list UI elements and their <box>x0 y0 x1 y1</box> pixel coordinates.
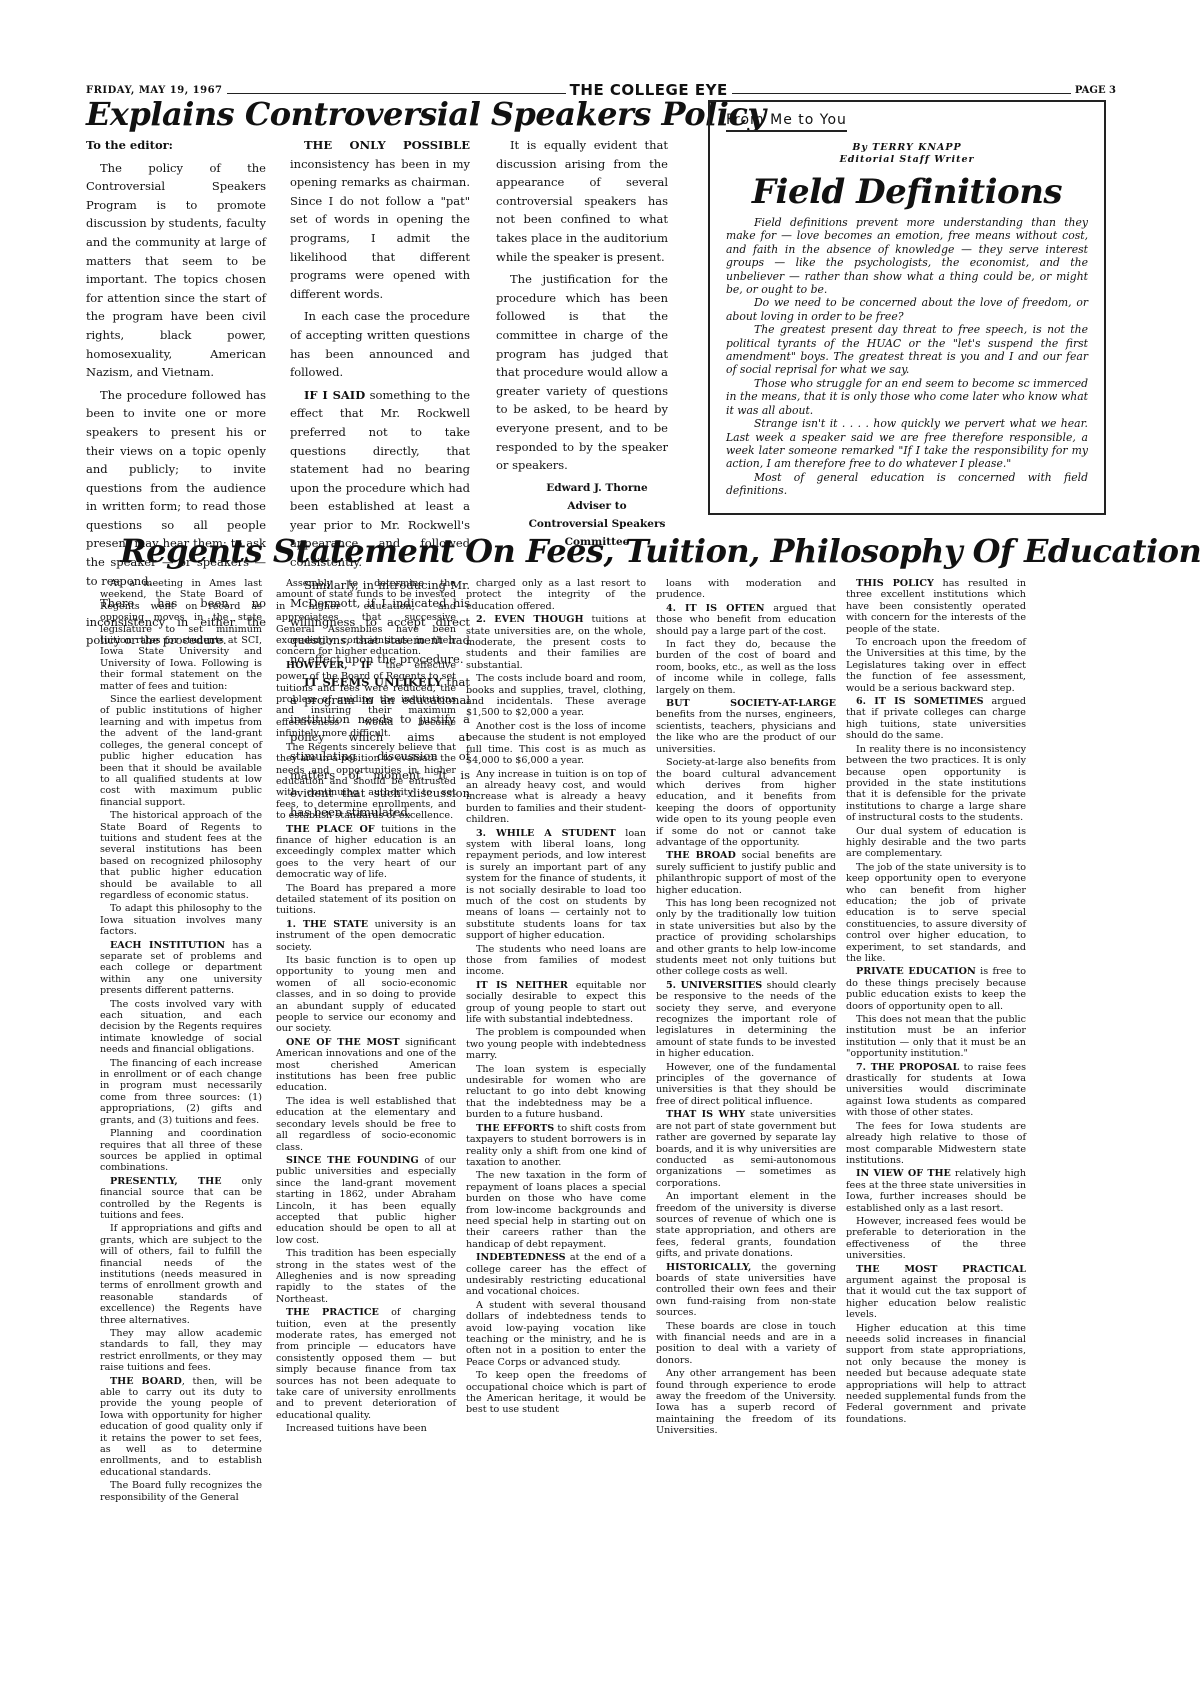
article1-column-1: To the editor:The policy of the Controve… <box>86 136 266 654</box>
paragraph-lead-in: ONE OF THE MOST <box>286 1037 400 1048</box>
article2-column-4: loans with moderation and prudence.4. IT… <box>656 578 836 1439</box>
paragraph-lead-in: IN VIEW OF THE <box>856 1168 951 1179</box>
article-paragraph: 1. THE STATE university is an instrument… <box>276 919 456 953</box>
article-paragraph: A student with several thousand dollars … <box>466 1300 646 1368</box>
column-paragraph: Those who struggle for an end seem to be… <box>726 377 1088 417</box>
article-paragraph: This has long been recognized not only b… <box>656 898 836 978</box>
article-paragraph: THE EFFORTS to shift costs from taxpayer… <box>466 1123 646 1169</box>
article-paragraph: INDEBTEDNESS at the end of a college car… <box>466 1252 646 1298</box>
article-paragraph: The fees for Iowa students are already h… <box>846 1121 1026 1167</box>
paragraph-lead-in: HOWEVER, IF <box>286 660 372 671</box>
article-paragraph: BUT SOCIETY-AT-LARGE benefits from the n… <box>656 698 836 755</box>
column-paragraph: Strange isn't it . . . . how quickly we … <box>726 417 1088 471</box>
paragraph-lead-in: SINCE THE FOUNDING <box>286 1155 419 1166</box>
article2-column-1: At a meeting in Ames last weekend, the S… <box>100 578 262 1505</box>
column-body: Field definitions prevent more understan… <box>726 216 1088 498</box>
article-paragraph: This tradition has been especially stron… <box>276 1248 456 1305</box>
article-paragraph: THE BROAD social benefits are surely suf… <box>656 850 836 896</box>
column-paragraph: Do we need to be concerned about the lov… <box>726 296 1088 323</box>
article-paragraph: PRESENTLY, THE only financial source tha… <box>100 1176 262 1222</box>
paragraph-lead-in: 4. IT IS OFTEN <box>666 603 765 614</box>
paragraph-lead-in: EACH INSTITUTION <box>110 940 225 951</box>
paragraph-lead-in: 3. WHILE A STUDENT <box>476 828 616 839</box>
paragraph-lead-in: 1. THE STATE <box>286 919 368 930</box>
paragraph-lead-in: 2. EVEN THOUGH <box>476 614 584 625</box>
article-paragraph: 5. UNIVERSITIES should clearly be respon… <box>656 980 836 1060</box>
article-paragraph: Planning and coordination requires that … <box>100 1128 262 1174</box>
paragraph-lead-in: THE BROAD <box>666 850 736 861</box>
byline-author: By TERRY KNAPP <box>726 142 1088 154</box>
article-paragraph: ONE OF THE MOST significant American inn… <box>276 1037 456 1094</box>
paragraph-lead-in: THE MOST PRACTICAL <box>856 1264 1026 1275</box>
article-paragraph: The historical approach of the State Boa… <box>100 810 262 901</box>
article-paragraph: Since the earliest development of public… <box>100 694 262 808</box>
article-paragraph: The idea is well established that educat… <box>276 1096 456 1153</box>
issue-date: FRIDAY, MAY 19, 1967 <box>86 85 223 96</box>
article-paragraph: Any other arrangement has been found thr… <box>656 1368 836 1436</box>
article-paragraph: However, increased fees would be prefera… <box>846 1216 1026 1262</box>
article-paragraph: THE PRACTICE of charging tuition, even a… <box>276 1307 456 1421</box>
article-paragraph: The new taxation in the form of repaymen… <box>466 1170 646 1250</box>
paragraph-lead-in: INDEBTEDNESS <box>476 1252 566 1263</box>
masthead-rule <box>732 87 1071 94</box>
paragraph-lead-in: 5. UNIVERSITIES <box>666 980 762 991</box>
byline-title: Editorial Staff Writer <box>726 154 1088 166</box>
article-paragraph: The job of the state university is to ke… <box>846 862 1026 965</box>
article-paragraph: loans with moderation and prudence. <box>656 578 836 601</box>
article-paragraph: 6. IT IS SOMETIMES argued that if privat… <box>846 696 1026 742</box>
article-paragraph: To adapt this philosophy to the Iowa sit… <box>100 903 262 937</box>
article-paragraph: THE MOST PRACTICAL argument against the … <box>846 1264 1026 1321</box>
paragraph-lead-in: THAT IS WHY <box>666 1109 745 1120</box>
article-paragraph: HOWEVER, IF the effective power of the B… <box>276 660 456 740</box>
article-paragraph: At a meeting in Ames last weekend, the S… <box>100 578 262 692</box>
paragraph-lead-in: 7. THE PROPOSAL <box>856 1062 959 1073</box>
article-paragraph: 4. IT IS OFTEN argued that those who ben… <box>656 603 836 637</box>
article-paragraph: THE BOARD, then, will be able to carry o… <box>100 1376 262 1479</box>
article-paragraph: Society-at-large also benefits from the … <box>656 757 836 848</box>
article-paragraph: Its basic function is to open up opportu… <box>276 955 456 1035</box>
article-paragraph: charged only as a last resort to protect… <box>466 578 646 612</box>
paragraph-lead-in: THE PLACE OF <box>286 824 375 835</box>
article-paragraph: In fact they do, because the burden of t… <box>656 639 836 696</box>
article-paragraph: 3. WHILE A STUDENT loan system with libe… <box>466 828 646 942</box>
article-paragraph: THAT IS WHY state universities are not p… <box>656 1109 836 1189</box>
article-paragraph: THE PLACE OF tuitions in the finance of … <box>276 824 456 881</box>
article-paragraph: This does not mean that the public insti… <box>846 1014 1026 1060</box>
article-paragraph: THE ONLY POSSIBLE inconsistency has been… <box>290 136 470 303</box>
article-paragraph: THIS POLICY has resulted in three excell… <box>846 578 1026 635</box>
paragraph-lead-in: BUT SOCIETY-AT-LARGE <box>666 698 836 709</box>
paragraph-lead-in: IF I SAID <box>304 388 365 402</box>
article2-column-3: charged only as a last resort to protect… <box>466 578 646 1418</box>
article-paragraph: Our dual system of education is highly d… <box>846 826 1026 860</box>
article-paragraph: PRIVATE EDUCATION is free to do these th… <box>846 966 1026 1012</box>
article-paragraph: The Regents sincerely believe that they … <box>276 742 456 822</box>
article2-column-2: Assembly to determine the amount of stat… <box>276 578 456 1437</box>
article-paragraph: The students who need loans are those fr… <box>466 944 646 978</box>
article-paragraph: The Board fully recognizes the responsib… <box>100 1480 262 1503</box>
column-title: Field Definitions <box>726 172 1088 212</box>
article-paragraph: Any increase in tuition is on top of an … <box>466 769 646 826</box>
article-paragraph: The loan system is especially undesirabl… <box>466 1064 646 1121</box>
column-paragraph: The greatest present day threat to free … <box>726 323 1088 377</box>
article-paragraph: The costs include board and room, books … <box>466 673 646 719</box>
article-paragraph: However, one of the fundamental principl… <box>656 1062 836 1108</box>
article-paragraph: In reality there is no inconsistency bet… <box>846 744 1026 824</box>
salutation: To the editor: <box>86 136 266 155</box>
page-number: PAGE 3 <box>1075 85 1116 96</box>
article-paragraph: If appropriations and gifts and grants, … <box>100 1223 262 1326</box>
article-paragraph: They may allow academic standards to fal… <box>100 1328 262 1374</box>
column-paragraph: Most of general education is concerned w… <box>726 471 1088 498</box>
article-paragraph: Assembly to determine the amount of stat… <box>276 578 456 658</box>
article-paragraph: Increased tuitions have been <box>276 1423 456 1434</box>
article-paragraph: SINCE THE FOUNDING of our public univers… <box>276 1155 456 1246</box>
article-paragraph: IT IS NEITHER equitable nor socially des… <box>466 980 646 1026</box>
article-paragraph: The financing of each increase in enroll… <box>100 1058 262 1126</box>
article-paragraph: To encroach upon the freedom of the Univ… <box>846 637 1026 694</box>
article-paragraph: In each case the procedure of accepting … <box>290 307 470 381</box>
article-paragraph: The problem is compounded when two young… <box>466 1027 646 1061</box>
column-kicker: From Me to You <box>726 112 847 132</box>
paragraph-lead-in: THE EFFORTS <box>476 1123 554 1134</box>
article-paragraph: 7. THE PROPOSAL to raise fees drasticall… <box>846 1062 1026 1119</box>
article-paragraph: IN VIEW OF THE relatively high fees at t… <box>846 1168 1026 1214</box>
article-paragraph: EACH INSTITUTION has a separate set of p… <box>100 940 262 997</box>
article-paragraph: An important element in the freedom of t… <box>656 1191 836 1259</box>
from-me-to-you-column: From Me to You By TERRY KNAPP Editorial … <box>708 100 1106 515</box>
paragraph-lead-in: IT IS NEITHER <box>476 980 568 991</box>
article-paragraph: These boards are close in touch with fin… <box>656 1321 836 1367</box>
article-paragraph: Higher education at this time neeeds sol… <box>846 1323 1026 1426</box>
masthead-rule <box>227 87 566 94</box>
article-paragraph: The costs involved vary with each situat… <box>100 999 262 1056</box>
paragraph-lead-in: 6. IT IS SOMETIMES <box>856 696 984 707</box>
article1-headline: Explains Controversial Speakers Policy <box>86 98 765 130</box>
paragraph-lead-in: PRESENTLY, THE <box>110 1176 222 1187</box>
paragraph-lead-in: THE PRACTICE <box>286 1307 379 1318</box>
article-paragraph: Another cost is the loss of income becau… <box>466 721 646 767</box>
article-paragraph: To keep open the freedoms of occupationa… <box>466 1370 646 1416</box>
article-paragraph: The Board has prepared a more detailed s… <box>276 883 456 917</box>
article2-column-5: THIS POLICY has resulted in three excell… <box>846 578 1026 1427</box>
paragraph-lead-in: PRIVATE EDUCATION <box>856 966 976 977</box>
article1-column-3: It is equally evident that discussion ar… <box>496 136 668 551</box>
article-paragraph: The policy of the Controversial Speakers… <box>86 159 266 382</box>
column-paragraph: Field definitions prevent more understan… <box>726 216 1088 296</box>
article-paragraph: It is equally evident that discussion ar… <box>496 136 668 266</box>
paragraph-lead-in: THE ONLY POSSIBLE <box>304 138 470 152</box>
paragraph-lead-in: THE BOARD <box>110 1376 182 1387</box>
article2-headline: Regents Statement On Fees, Tuition, Phil… <box>120 535 1200 567</box>
article-paragraph: 2. EVEN THOUGH tuitions at state univers… <box>466 614 646 671</box>
paragraph-lead-in: THIS POLICY <box>856 578 934 589</box>
article-paragraph: The justification for the procedure whic… <box>496 270 668 475</box>
article-paragraph: HISTORICALLY, the governing boards of st… <box>656 1262 836 1319</box>
column-byline: By TERRY KNAPP Editorial Staff Writer <box>726 142 1088 166</box>
paragraph-lead-in: HISTORICALLY, <box>666 1262 751 1273</box>
